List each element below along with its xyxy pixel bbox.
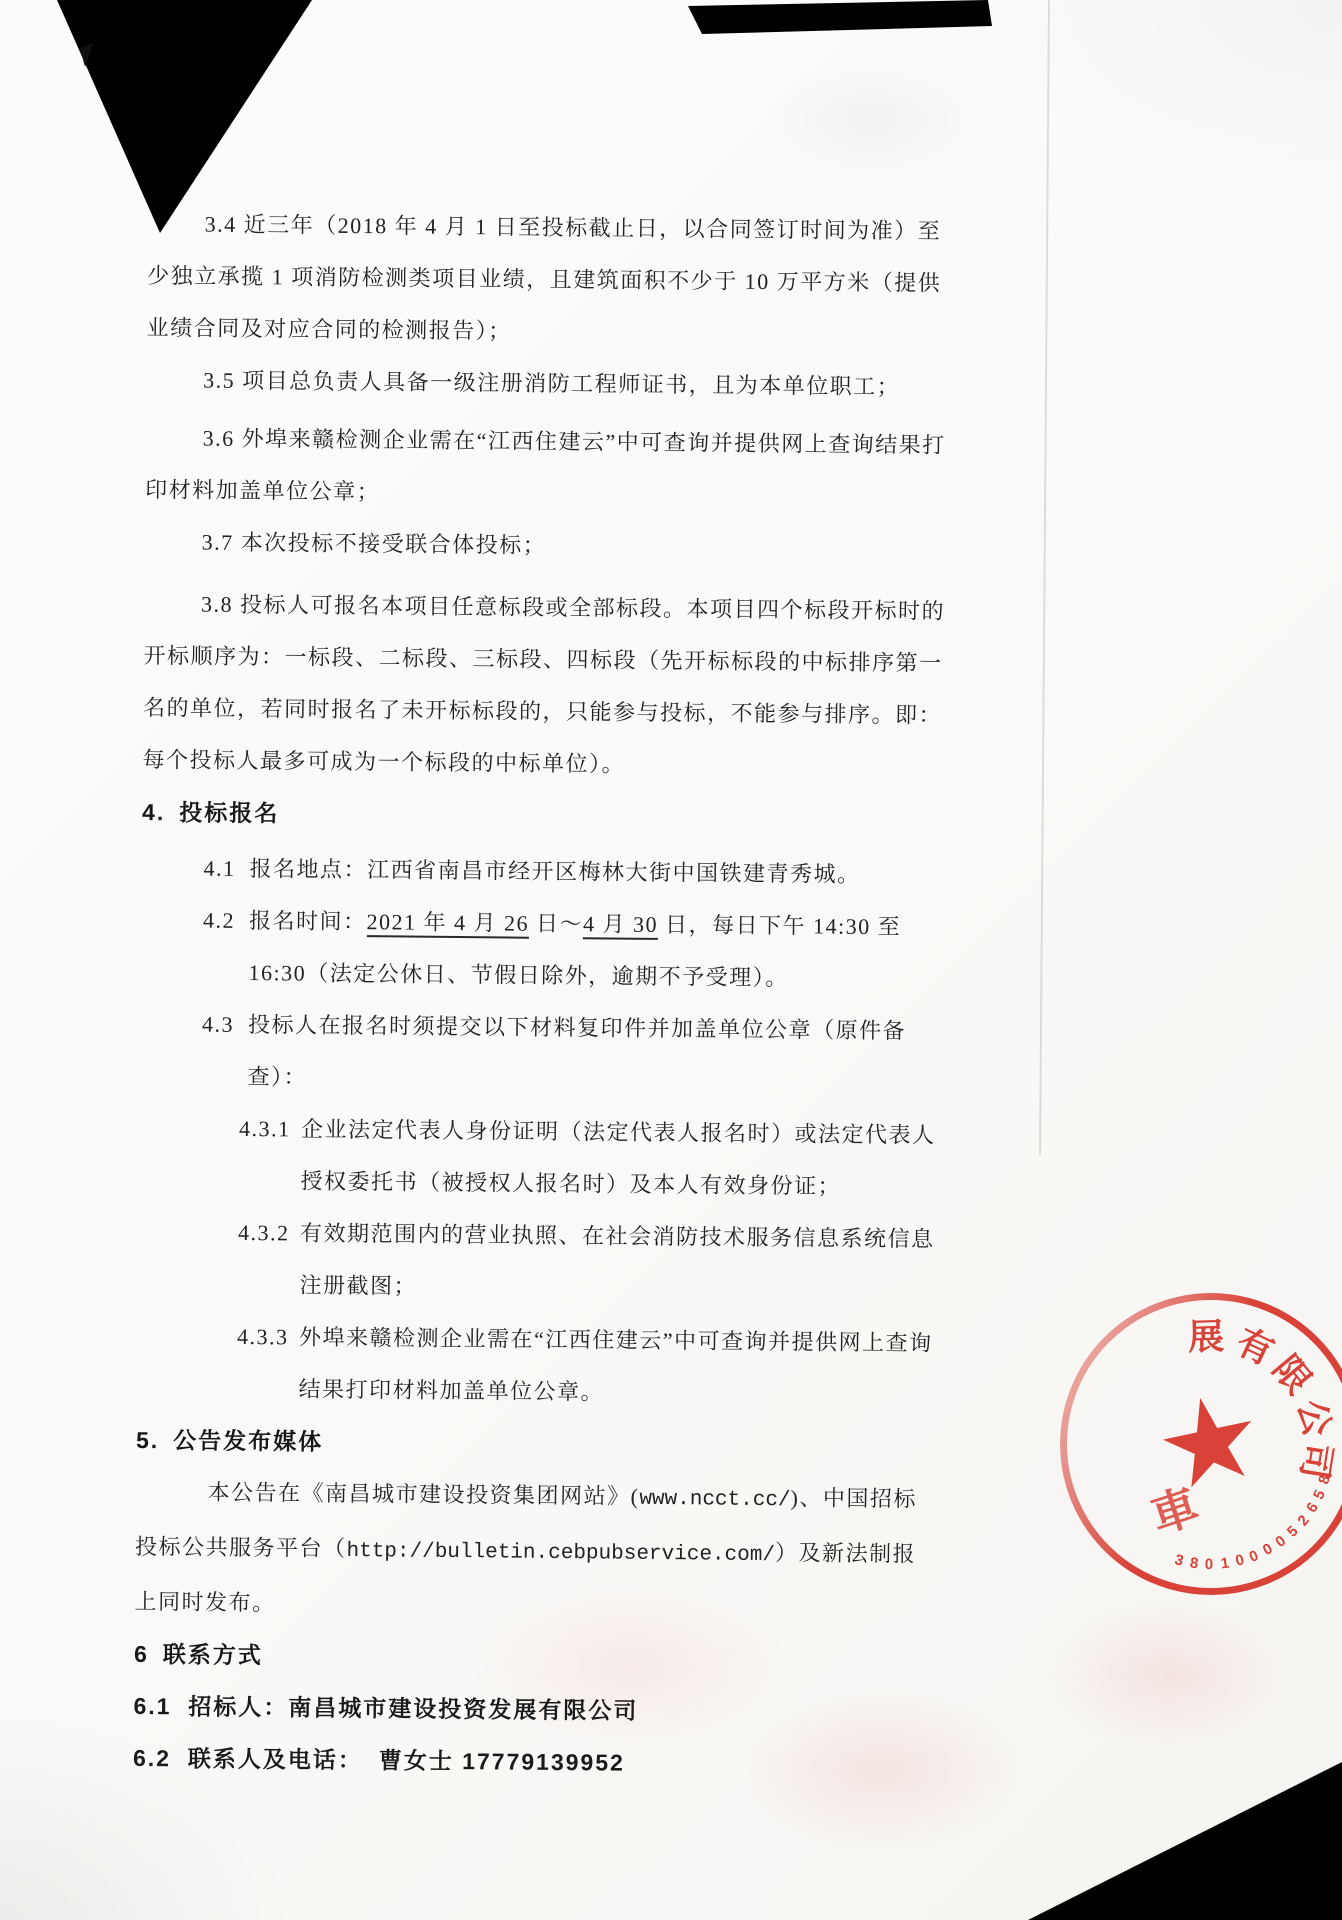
contact-label: 联系人及电话： [188,1745,363,1773]
item-number: 6.1 [133,1693,171,1719]
heading-label: 投标报名 [179,799,279,826]
seal-number-digit: 1 [1216,1554,1234,1574]
seal-number-digit: 5 [1308,1484,1331,1506]
heading-number: 4. [142,799,165,825]
list-item-4-3: 4.3 投标人在报名时须提交以下材料复印件并加盖单位公章（原件备查）： [139,998,942,1110]
scan-fold-line [1040,0,1049,1155]
seal-arc-char: 有 [1231,1323,1279,1371]
scan-edge-top [688,0,992,34]
seal-number-digit: 3 [1169,1550,1189,1572]
seal-number-digit: 0 [1270,1530,1294,1554]
seal-arc-char: 司 [1295,1440,1336,1481]
para-announcement-media: 本公告在《南昌城市建设投资集团网站》(www.ncct.cc/)、中国招标投标公… [134,1466,938,1636]
item-text: 企业法定代表人身份证明（法定代表人报名时）或法定代表人授权委托书（被授权人报名时… [300,1117,935,1199]
seal-number-digit: 2 [1292,1509,1316,1533]
list-item-4-3-2: 4.3.2 有效期范围内的营业执照、在社会消防技术服务信息系统信息注册截图； [137,1206,940,1318]
para-3-5: 3.5 项目总负责人具备一级注册消防工程师证书，且为本单位职工； [146,354,948,414]
company-seal-stamp: 展有限公司 3801000052658 車 [1060,1293,1342,1593]
item-text: 外埠来赣检测企业需在“江西住建云”中可查询并提供网上查询结果打印材料加盖单位公章… [298,1325,932,1405]
para-3-4: 3.4 近三年（2018 年 4 月 1 日至投标截止日，以合同签订时间为准）至… [147,198,950,362]
scanned-document-page: 3.4 近三年（2018 年 4 月 1 日至投标截止日，以合同签订时间为准）至… [0,0,1342,1920]
heading-section-6: 6联系方式 [134,1628,936,1688]
item-number: 6.2 [133,1745,171,1771]
item-number: 4.3.3 [237,1311,289,1363]
heading-section-5: 5.公告发布媒体 [136,1414,938,1474]
heading-label: 公告发布媒体 [173,1427,323,1454]
scan-shadow [760,60,980,180]
underlined-date-end: 4 月 30 [583,911,658,940]
seal-partial-char: 車 [1146,1483,1204,1541]
contact-tenderer: 6.1 招标人：南昌城市建设投资发展有限公司 [133,1680,935,1740]
para-text: 本公告在《南昌城市建设投资集团网站》( [207,1480,639,1509]
document-body: 3.4 近三年（2018 年 4 月 1 日至投标截止日，以合同签订时间为准）至… [133,198,950,1792]
item-text: 投标人在报名时须提交以下材料复印件并加盖单位公章（原件备查）： [247,1012,906,1090]
seal-number-digit: 5 [1281,1520,1305,1544]
seal-number-digit: 6 [1301,1497,1325,1520]
seal-number-digit: 0 [1201,1556,1217,1574]
list-item-4-3-3: 4.3.3 外埠来赣检测企业需在“江西住建云”中可查询并提供网上查询结果打印材料… [136,1310,939,1422]
scan-speck [80,43,93,67]
item-number: 4.2 [203,895,235,947]
item-number: 4.3.1 [239,1103,291,1155]
list-item-4-1: 4.1 报名地点：江西省南昌市经开区梅林大街中国铁建青秀城。 [141,842,943,902]
scan-corner-bottom-right [1028,1762,1342,1920]
service-platform-url: http://bulletin.cebpubservice.com/ [346,1540,775,1567]
item-number: 4.1 [203,843,235,895]
para-3-8: 3.8 投标人可报名本项目任意标段或全部标段。本项目四个标段开标时的开标顺序为：… [142,578,946,794]
heading-section-4: 4.投标报名 [142,786,944,846]
seal-arc-char: 公 [1292,1396,1336,1440]
heading-label: 联系方式 [163,1641,263,1668]
list-item-4-2: 4.2 报名时间：2021 年 4 月 26 日～4 月 30 日，每日下午 1… [140,894,943,1006]
item-text: 报名地点：江西省南昌市经开区梅林大街中国铁建青秀城。 [249,856,860,887]
item-number: 4.3 [202,999,234,1051]
contact-person-phone: 6.2 联系人及电话：曹女士 17779139952 [133,1732,935,1792]
seal-star-icon [1154,1388,1265,1499]
website-url: www.ncct.cc/ [639,1488,790,1512]
item-text: 报名时间： [249,908,367,934]
para-3-6: 3.6 外埠来赣检测企业需在“江西住建云”中可查询并提供网上查询结果打印材料加盖… [145,412,948,524]
para-3-7: 3.7 本次投标不接受联合体投标； [144,516,946,576]
seal-number-digit: 8 [1185,1554,1203,1574]
list-item-4-3-1: 4.3.1 企业法定代表人身份证明（法定代表人报名时）或法定代表人授权委托书（被… [138,1102,941,1214]
ink-smudge [1050,1600,1290,1750]
seal-arc-char: 限 [1267,1350,1318,1401]
seal-arc-char: 展 [1188,1318,1225,1355]
seal-number-digit: 8 [1314,1470,1336,1491]
section-4-list: 4.1 报名地点：江西省南昌市经开区梅林大街中国铁建青秀城。 4.2 报名时间：… [136,842,943,1422]
seal-number-digit: 0 [1230,1551,1250,1572]
tenderer-name: 招标人：南昌城市建设投资发展有限公司 [188,1693,638,1723]
item-number: 4.3.2 [238,1207,290,1259]
item-text: 日～ [529,911,583,937]
seal-number-digit: 0 [1244,1545,1265,1568]
heading-number: 5. [136,1427,159,1453]
seal-number-digit: 0 [1257,1538,1280,1561]
contact-value: 曹女士 17779139952 [379,1747,625,1775]
seal-ring [1060,1293,1342,1595]
heading-number: 6 [134,1641,149,1667]
underlined-date-start: 2021 年 4 月 26 [366,909,529,939]
item-text: 有效期范围内的营业执照、在社会消防技术服务信息系统信息注册截图； [299,1221,934,1299]
